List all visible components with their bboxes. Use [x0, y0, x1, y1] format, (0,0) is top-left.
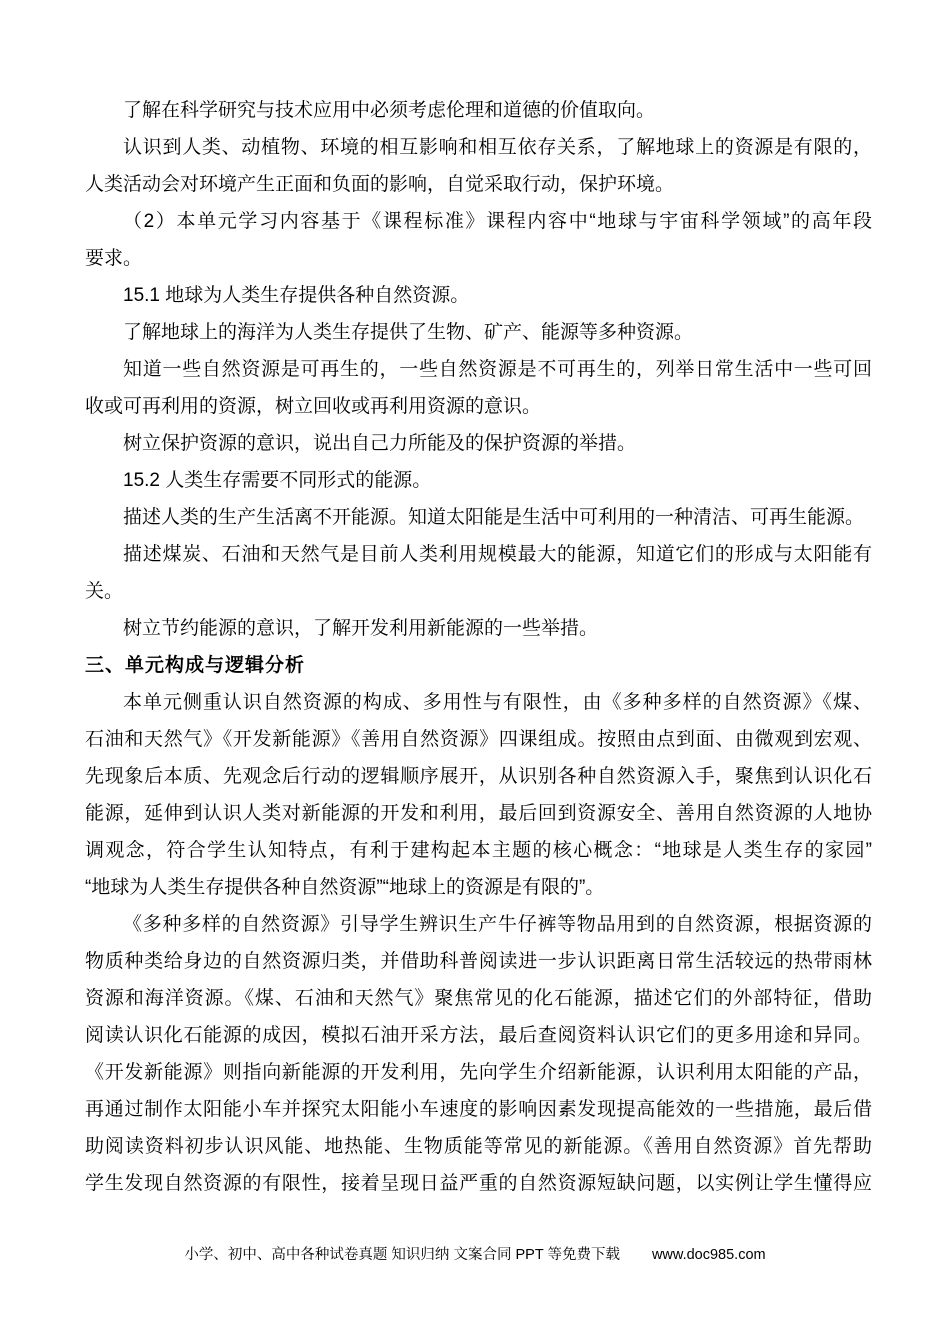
text-line: 认识到人类、动植物、环境的相互影响和相互依存关系，了解地球上的资源是有限的， — [85, 129, 872, 166]
text-line: 关。 — [85, 573, 872, 610]
document-body: 了解在科学研究与技术应用中必须考虑伦理和道德的价值取向。认识到人类、动植物、环境… — [85, 92, 872, 1202]
text-line: 15.2 人类生存需要不同形式的能源。 — [85, 462, 872, 499]
text-line: 了解地球上的海洋为人类生存提供了生物、矿产、能源等多种资源。 — [85, 314, 872, 351]
text-line: 15.1 地球为人类生存提供各种自然资源。 — [85, 277, 872, 314]
text-line: 调观念，符合学生认知特点，有利于建构起本主题的核心概念：“地球是人类生存的家园” — [85, 832, 872, 869]
text-line: 再通过制作太阳能小车并探究太阳能小车速度的影响因素发现提高能效的一些措施，最后借 — [85, 1091, 872, 1128]
text-line: 阅读认识化石能源的成因，模拟石油开采方法，最后查阅资料认识它们的更多用途和异同。 — [85, 1017, 872, 1054]
text-line: 描述煤炭、石油和天然气是目前人类利用规模最大的能源，知道它们的形成与太阳能有 — [85, 536, 872, 573]
footer-promo-text: 小学、初中、高中各种试卷真题 知识归纳 文案合同 PPT 等免费下载 — [184, 1243, 620, 1264]
text-line: 树立节约能源的意识，了解开发利用新能源的一些举措。 — [85, 610, 872, 647]
text-line: 收或可再利用的资源，树立回收或再利用资源的意识。 — [85, 388, 872, 425]
text-line: 描述人类的生产生活离不开能源。知道太阳能是生活中可利用的一种清洁、可再生能源。 — [85, 499, 872, 536]
text-line: 助阅读资料初步认识风能、地热能、生物质能等常见的新能源。《善用自然资源》首先帮助 — [85, 1128, 872, 1165]
text-line: 资源和海洋资源。《煤、石油和天然气》聚焦常见的化石能源，描述它们的外部特征，借助 — [85, 980, 872, 1017]
document-page: 了解在科学研究与技术应用中必须考虑伦理和道德的价值取向。认识到人类、动植物、环境… — [0, 0, 950, 1344]
text-line: 先现象后本质、先观念后行动的逻辑顺序展开，从识别各种自然资源入手，聚焦到认识化石 — [85, 758, 872, 795]
text-line: 物质种类给身边的自然资源归类，并借助科普阅读进一步认识距离日常生活较远的热带雨林 — [85, 943, 872, 980]
text-line: 能源，延伸到认识人类对新能源的开发和利用，最后回到资源安全、善用自然资源的人地协 — [85, 795, 872, 832]
footer: 小学、初中、高中各种试卷真题 知识归纳 文案合同 PPT 等免费下载 www.d… — [0, 1243, 950, 1264]
text-line: 了解在科学研究与技术应用中必须考虑伦理和道德的价值取向。 — [85, 92, 872, 129]
text-line: “地球为人类生存提供各种自然资源”“地球上的资源是有限的”。 — [85, 869, 872, 906]
text-line: 石油和天然气》《开发新能源》《善用自然资源》四课组成。按照由点到面、由微观到宏观… — [85, 721, 872, 758]
text-line: 要求。 — [85, 240, 872, 277]
text-line: 树立保护资源的意识，说出自己力所能及的保护资源的举措。 — [85, 425, 872, 462]
footer-url: www.doc985.com — [652, 1247, 766, 1263]
text-line: 《开发新能源》则指向新能源的开发利用，先向学生介绍新能源，认识利用太阳能的产品， — [85, 1054, 872, 1091]
text-line: 本单元侧重认识自然资源的构成、多用性与有限性，由《多种多样的自然资源》《煤、 — [85, 684, 872, 721]
section-heading: 三、单元构成与逻辑分析 — [85, 647, 872, 684]
text-line: 《多种多样的自然资源》引导学生辨识生产牛仔裤等物品用到的自然资源，根据资源的 — [85, 906, 872, 943]
text-line: 知道一些自然资源是可再生的，一些自然资源是不可再生的，列举日常生活中一些可回 — [85, 351, 872, 388]
text-line: （2）本单元学习内容基于《课程标准》课程内容中“地球与宇宙科学领域”的高年段 — [85, 203, 872, 240]
text-line: 人类活动会对环境产生正面和负面的影响，自觉采取行动，保护环境。 — [85, 166, 872, 203]
text-line: 学生发现自然资源的有限性，接着呈现日益严重的自然资源短缺问题，以实例让学生懂得应 — [85, 1165, 872, 1202]
